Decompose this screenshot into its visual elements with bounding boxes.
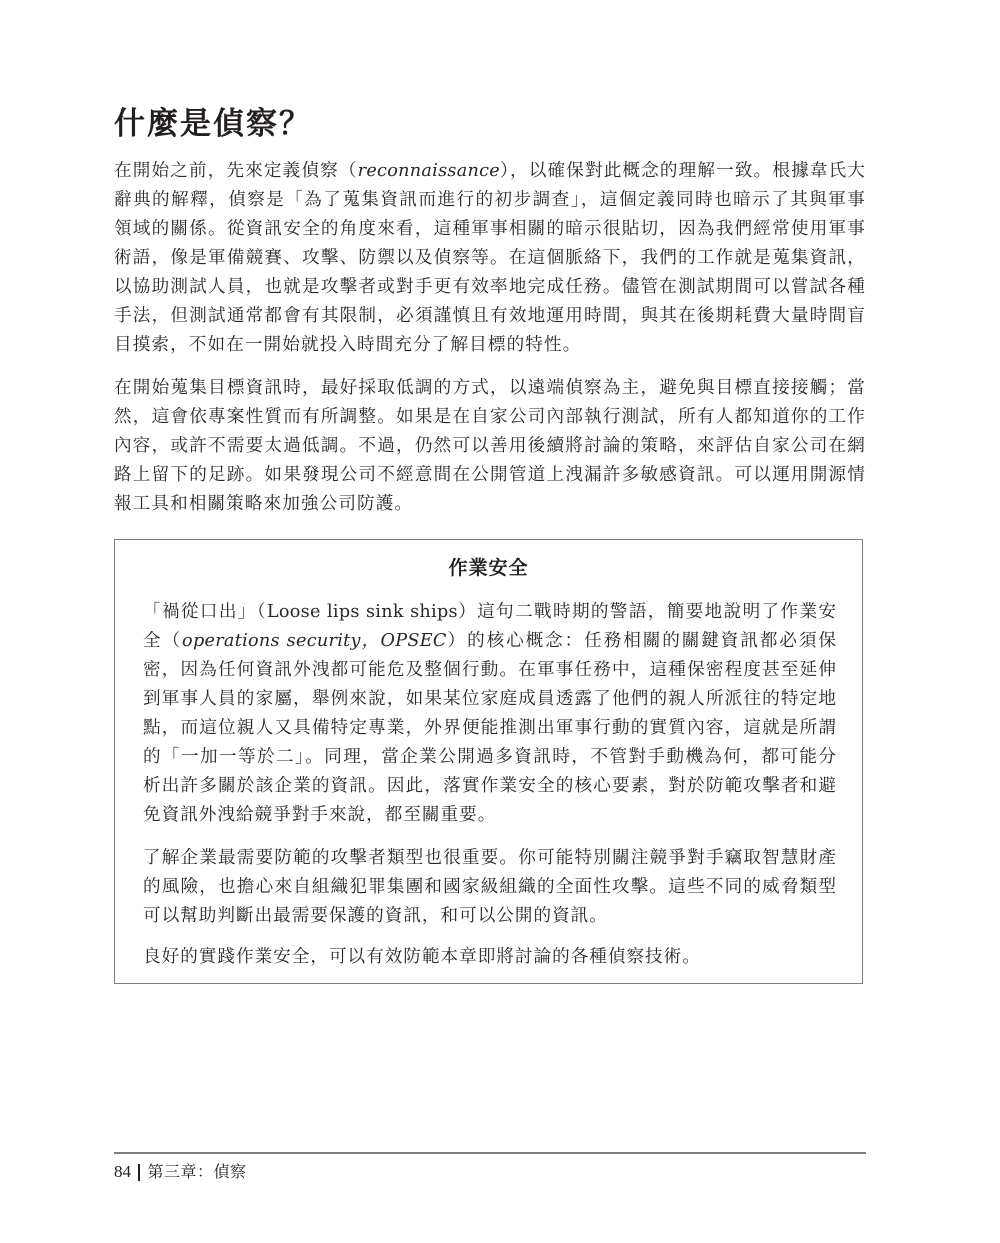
- page-title: 什麼是偵察？: [114, 104, 312, 144]
- page-footer: 84 第三章：偵察: [114, 1160, 247, 1184]
- sidebar-opsec-box: 作業安全 「禍從口出」（Loose lips sink ships）這句二戰時期…: [114, 539, 863, 984]
- paragraph-text: 在開始之前，先來定義偵察（: [114, 161, 358, 181]
- sidebar-paragraph-2: 了解企業最需要防範的攻擊者類型也很重要。你可能特別關注競爭對手竊取智慧財產的風險…: [143, 844, 837, 931]
- body-paragraph-1: 在開始之前，先來定義偵察（reconnaissance），以確保對此概念的理解一…: [114, 157, 866, 360]
- quote-loose-lips: Loose lips sink ships: [267, 602, 458, 622]
- term-reconnaissance: reconnaissance: [358, 161, 500, 181]
- paragraph-text: ），以確保對此概念的理解一致。根據韋氏大辭典的解釋，偵察是「為了蒐集資訊而進行的…: [114, 161, 866, 355]
- paragraph-text: 「禍從口出」（: [143, 602, 267, 622]
- sidebar-paragraph-1: 「禍從口出」（Loose lips sink ships）這句二戰時期的警語，簡…: [143, 598, 837, 830]
- paragraph-text: ）的核心概念：任務相關的關鍵資訊都必須保密，因為任何資訊外洩都可能危及整個行動。…: [143, 631, 837, 825]
- chapter-label: 第三章：偵察: [148, 1160, 247, 1184]
- footer-divider: [114, 1152, 866, 1154]
- footer-separator: [138, 1164, 140, 1181]
- body-paragraph-2: 在開始蒐集目標資訊時，最好採取低調的方式，以遠端偵察為主，避免與目標直接接觸；當…: [114, 374, 866, 519]
- term-opsec: operations security，OPSEC: [182, 631, 447, 651]
- page-number: 84: [114, 1160, 131, 1184]
- sidebar-title: 作業安全: [115, 554, 862, 582]
- sidebar-paragraph-3: 良好的實踐作業安全，可以有效防範本章即將討論的各種偵察技術。: [143, 943, 837, 972]
